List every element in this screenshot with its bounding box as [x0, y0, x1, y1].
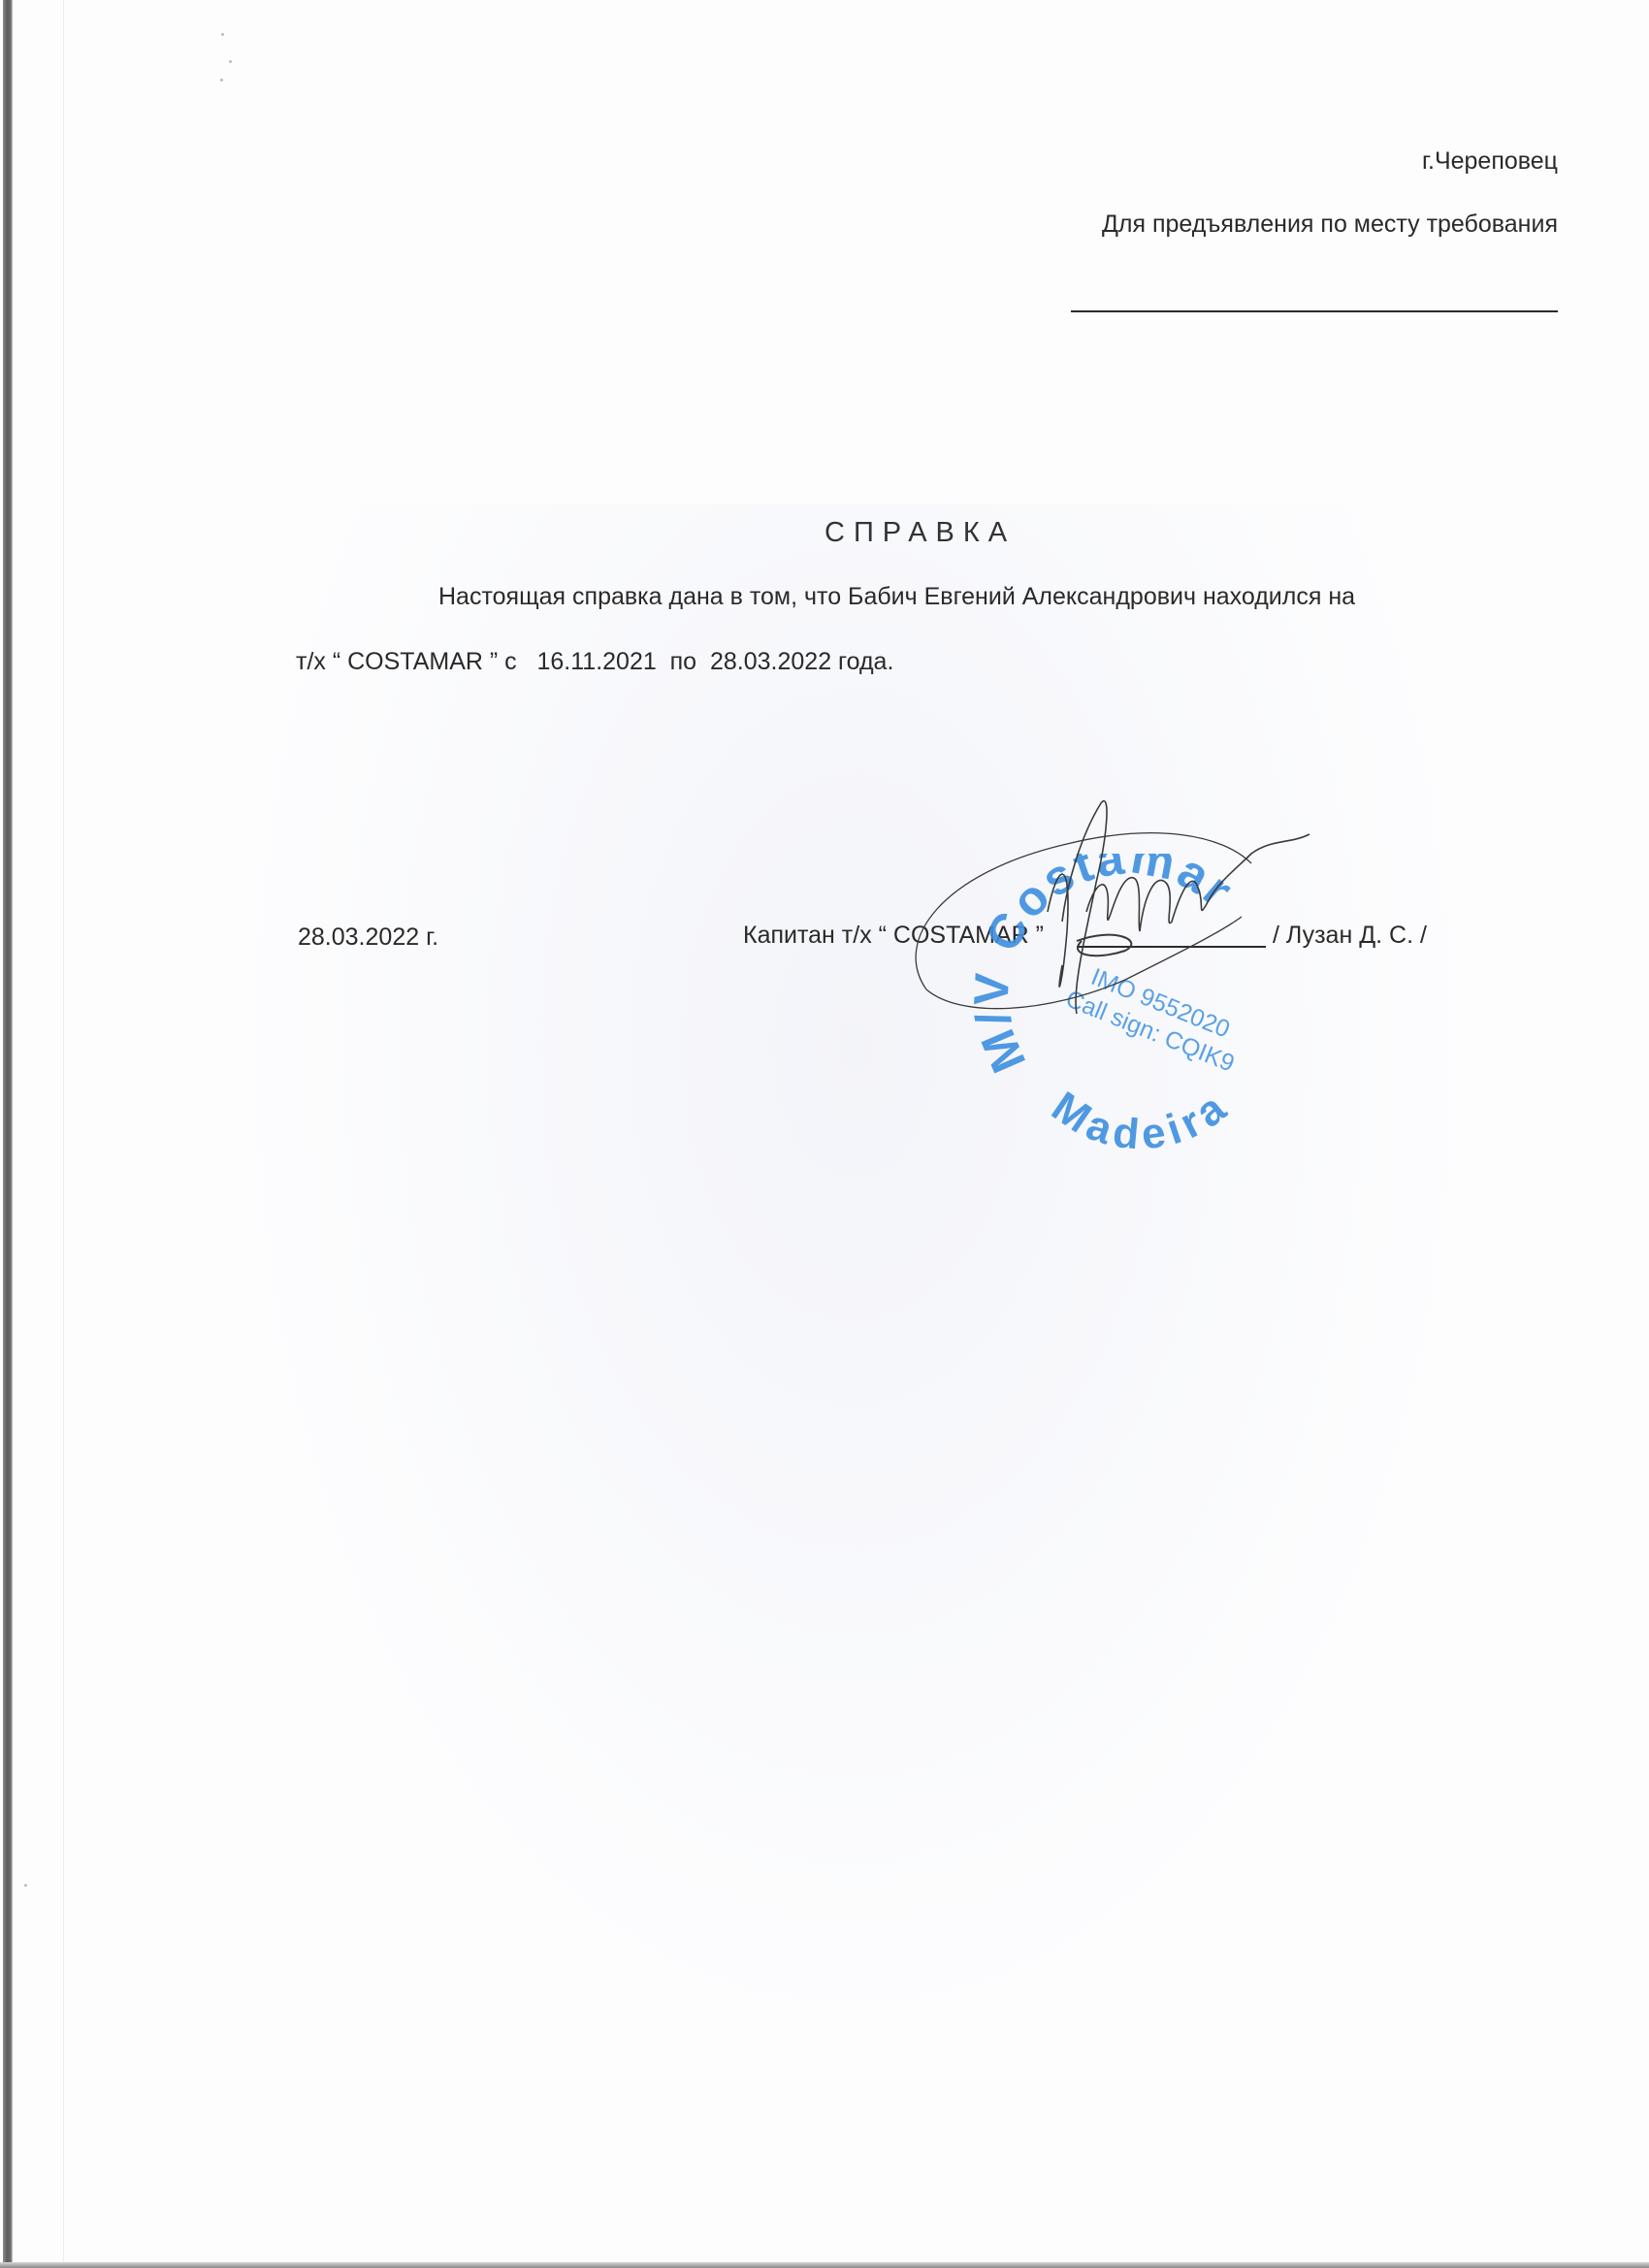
- paper-shade: [223, 504, 1484, 2057]
- stamp-bottom-text: Madeira: [1044, 1081, 1240, 1158]
- body-line-2: т/х “ COSTAMAR ” с 16.11.2021 по 28.03.2…: [296, 650, 893, 674]
- addressee-blank-line: [1071, 310, 1558, 312]
- scan-speck: [229, 60, 232, 63]
- issue-date: 28.03.2022 г.: [298, 925, 438, 950]
- scan-margin-line: [63, 0, 64, 2268]
- presentation-note: Для предъявления по месту требования: [1102, 212, 1558, 237]
- captain-signature: [902, 795, 1368, 1028]
- document-title: СПРАВКА: [824, 519, 1016, 547]
- scan-speck: [221, 33, 224, 36]
- scan-edge-bottom: [0, 2262, 1649, 2268]
- city-label: г.Череповец: [1422, 149, 1558, 174]
- body-line-1: Настоящая справка дана в том, что Бабич …: [438, 585, 1355, 609]
- scan-edge-left: [3, 0, 13, 2268]
- scan-speck: [24, 1884, 27, 1887]
- scan-speck: [220, 79, 223, 81]
